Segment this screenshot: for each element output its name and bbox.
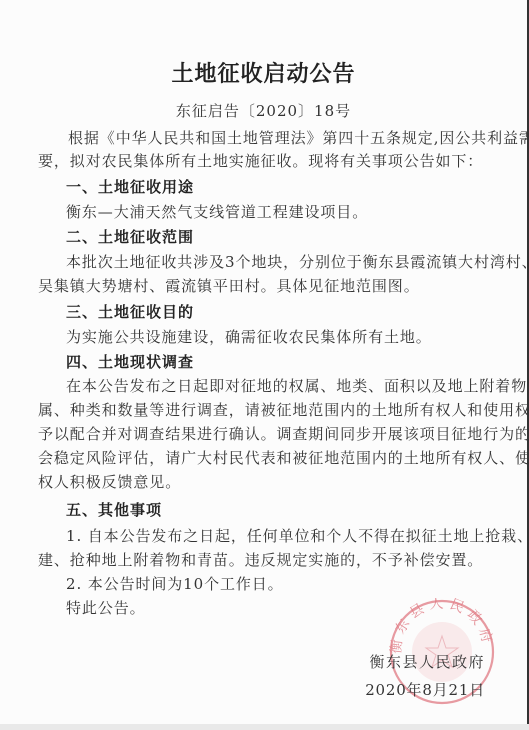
document-page: 土地征收启动公告 东征启告〔2020〕18号 根据《中华人民共和国土地管理法》第… [0, 0, 527, 724]
section-1-heading: 一、土地征收用途 [66, 178, 194, 196]
section-1-line-1: 衡东—大浦天然气支线管道工程建设项目。 [66, 203, 368, 221]
document-title: 土地征收启动公告 [0, 61, 527, 89]
section-4-line-2: 属、种类和数量等进行调查，请被征地范围内的土地所有权人和使用权人 [38, 401, 529, 419]
intro-line-1: 根据《中华人民共和国土地管理法》第四十五条规定,因公共利益需 [68, 129, 488, 147]
section-2-heading: 二、土地征收范围 [66, 228, 194, 246]
section-2-line-1: 本批次土地征收共涉及3个地块，分别位于衡东县霞流镇大村湾村、 [66, 253, 529, 271]
page-bottom-margin [0, 724, 529, 730]
section-5-line-2: 建、抢种地上附着物和青苗。违反规定实施的，不予补偿安置。 [38, 551, 483, 569]
document-number: 东征启告〔2020〕18号 [0, 102, 527, 120]
section-4-line-4: 会稳定风险评估，请广大村民代表和被征地范围内的土地所有权人、使用 [38, 449, 529, 467]
section-2-line-2: 吴集镇大势塘村、霞流镇平田村。具体见征地范围图。 [38, 277, 420, 295]
section-5-line-3: 2. 本公告时间为10个工作日。 [66, 575, 284, 593]
section-4-line-3: 予以配合并对调查结果进行确认。调查期间同步开展该项目征地行为的社 [38, 425, 529, 443]
issue-date: 2020年8月21日 [365, 679, 485, 700]
section-5-heading: 五、其他事项 [66, 501, 162, 519]
section-4-line-5: 权人积极反馈意见。 [38, 473, 181, 491]
issuer-name: 衡东县人民政府 [369, 651, 485, 672]
section-5-line-4: 特此公告。 [66, 599, 146, 617]
section-4-heading: 四、土地现状调查 [66, 353, 194, 371]
section-4-line-1: 在本公告发布之日起即对征地的权属、地类、面积以及地上附着物权 [66, 377, 529, 395]
section-3-heading: 三、土地征收目的 [66, 303, 194, 321]
section-3-line-1: 为实施公共设施建设，确需征收农民集体所有土地。 [66, 328, 432, 346]
intro-line-2: 要，拟对农民集体所有土地实施征收。现将有关事项公告如下： [38, 152, 483, 170]
section-5-line-1: 1. 自本公告发布之日起，任何单位和个人不得在拟征土地上抢栽、抢 [66, 527, 529, 545]
